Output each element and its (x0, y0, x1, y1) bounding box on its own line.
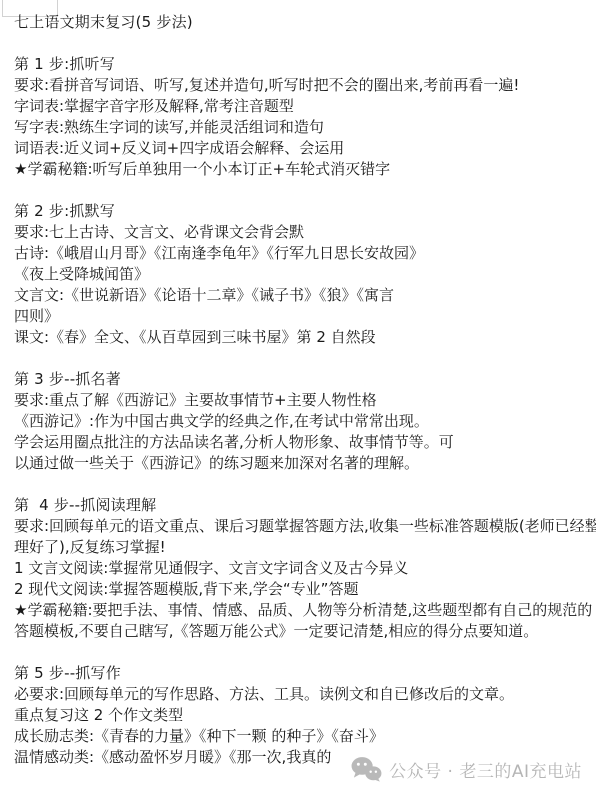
text-line: 四则》 (14, 306, 592, 327)
blank-line (14, 348, 592, 369)
document-page: 七上语文期末复习(5 步法) 第 1 步:抓听写要求:看拼音写词语、听写,复述并… (0, 0, 596, 790)
text-line: 《西游记》:作为中国古典文学的经典之作,在考试中常常出现。 (14, 411, 592, 432)
text-line: ★学霸秘籍:听写后单独用一个小本订正+车轮式消灭错字 (14, 159, 592, 180)
text-line: 要求:看拼音写词语、听写,复述并造句,听写时把不会的圈出来,考前再看一遍! (14, 75, 592, 96)
text-line: 第 2 步:抓默写 (14, 201, 592, 222)
text-line: 要求:七上古诗、文言文、必背课文会背会默 (14, 222, 592, 243)
text-line: 写字表:熟练生字词的读写,并能灵活组词和造句 (14, 117, 592, 138)
text-line: 七上语文期末复习(5 步法) (14, 12, 592, 33)
text-line: 课文:《春》全文、《从百草园到三味书屋》第 2 自然段 (14, 327, 592, 348)
text-line: 字词表:掌握字音字形及解释,常考注音题型 (14, 96, 592, 117)
text-line: 必要求:回顾每单元的写作思路、方法、工具。读例文和自已修改后的文章。 (14, 684, 592, 705)
text-line: 《夜上受降城闻笛》 (14, 264, 592, 285)
blank-line (14, 642, 592, 663)
text-line: 第 5 步--抓写作 (14, 663, 592, 684)
text-line: 词语表:近义词+反义词+四字成语会解释、会运用 (14, 138, 592, 159)
text-line: 答题模板,不要自己瞎写,《答题万能公式》一定要记清楚,相应的得分点要知道。 (14, 621, 592, 642)
text-line: 成长励志类:《青春的力量》《种下一颗 的种子》《奋斗》 (14, 726, 592, 747)
text-line: 第 3 步--抓名著 (14, 369, 592, 390)
text-line: ★学霸秘籍:要把手法、事情、情感、品质、人物等分析清楚,这些题型都有自己的规范的 (14, 600, 592, 621)
text-line: 要求:重点了解《西游记》主要故事情节+主要人物性格 (14, 390, 592, 411)
blank-line (14, 474, 592, 495)
text-line: 要求:回顾每单元的语文重点、课后习题掌握答题方法,收集一些标准答题模版(老师已经… (14, 516, 592, 537)
text-line: 第 1 步:抓听写 (14, 54, 592, 75)
text-line: 以通过做一些关于《西游记》的练习题来加深对名著的理解。 (14, 453, 592, 474)
watermark: 公众号 · 老三的AI充电站 (350, 756, 582, 782)
blank-line (14, 33, 592, 54)
text-line: 第 4 步--抓阅读理解 (14, 495, 592, 516)
text-line: 古诗:《峨眉山月哥》《江南逢李龟年》《行军九日思长安故园》 (14, 243, 592, 264)
document-body: 七上语文期末复习(5 步法) 第 1 步:抓听写要求:看拼音写词语、听写,复述并… (14, 12, 592, 768)
blank-line (14, 180, 592, 201)
text-line: 文言文:《世说新语》《论语十二章》《诫子书》《狼》《寓言 (14, 285, 592, 306)
text-line: 重点复习这 2 个作文类型 (14, 705, 592, 726)
text-line: 2 现代文阅读:掌握答题模版,背下来,学会“专业”答题 (14, 579, 592, 600)
text-line: 理好了),反复练习掌握! (14, 537, 592, 558)
text-line: 学会运用圈点批注的方法品读名著,分析人物形象、故事情节等。可 (14, 432, 592, 453)
watermark-text: 公众号 · 老三的AI充电站 (389, 757, 582, 782)
text-line: 1 文言文阅读:掌握常见通假字、文言文字词含义及古今异义 (14, 558, 592, 579)
wechat-icon (350, 756, 382, 782)
